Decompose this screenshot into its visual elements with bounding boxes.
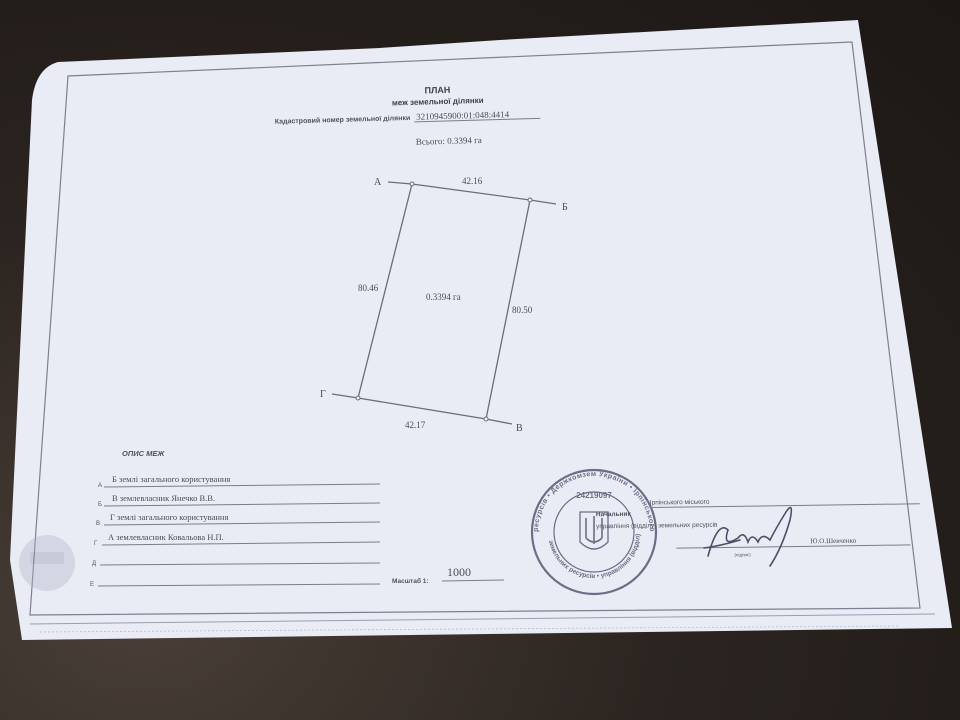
vertex-b-label: Б — [562, 202, 568, 213]
svg-text:А: А — [98, 483, 102, 489]
vertex-a-marker — [410, 182, 414, 186]
svg-text:Б землі загального користуванн: Б землі загального користування — [112, 474, 230, 484]
scale-label: Масштаб 1: — [392, 577, 429, 585]
parcel-area-label: 0.3394 га — [426, 292, 461, 302]
vertex-v-label: В — [516, 423, 523, 434]
land-plot-plan-sheet: ПЛАН меж земельної ділянки Кадастровий н… — [0, 0, 960, 720]
svg-text:Д: Д — [92, 561, 96, 567]
side-vg-length: 42.17 — [405, 420, 426, 430]
signature-caption: (підпис) — [734, 552, 751, 557]
vertex-g-label: Г — [320, 389, 326, 400]
vertex-g-marker — [356, 396, 360, 400]
signature-line1: Ірпінського міського — [650, 498, 710, 507]
signer-name: Ю.О.Шевченко — [810, 537, 856, 546]
svg-text:В: В — [96, 521, 100, 527]
vertex-a-label: А — [374, 177, 382, 188]
svg-text:Г землі загального користуванн: Г землі загального користування — [110, 512, 228, 522]
vertex-v-marker — [484, 417, 488, 421]
vertex-b-marker — [528, 198, 532, 202]
scale-value: 1000 — [447, 565, 471, 579]
svg-text:Е: Е — [90, 582, 94, 588]
svg-text:24219097: 24219097 — [576, 491, 612, 500]
svg-text:Б: Б — [98, 502, 102, 508]
side-bv-length: 80.50 — [512, 305, 533, 315]
signature-title: Начальник — [596, 511, 632, 518]
boundary-heading: ОПИС МЕЖ — [122, 449, 165, 458]
total-area: Всього: 0.3394 га — [416, 135, 482, 147]
svg-text:А землевласник Ковальова Н.П.: А землевласник Ковальова Н.П. — [108, 532, 224, 542]
document-title: ПЛАН — [424, 85, 450, 96]
svg-text:В землевласник Янечко В.В.: В землевласник Янечко В.В. — [112, 493, 215, 503]
side-ga-length: 80.46 — [358, 283, 379, 293]
side-ab-length: 42.16 — [462, 176, 483, 186]
faint-stamp — [19, 535, 75, 591]
